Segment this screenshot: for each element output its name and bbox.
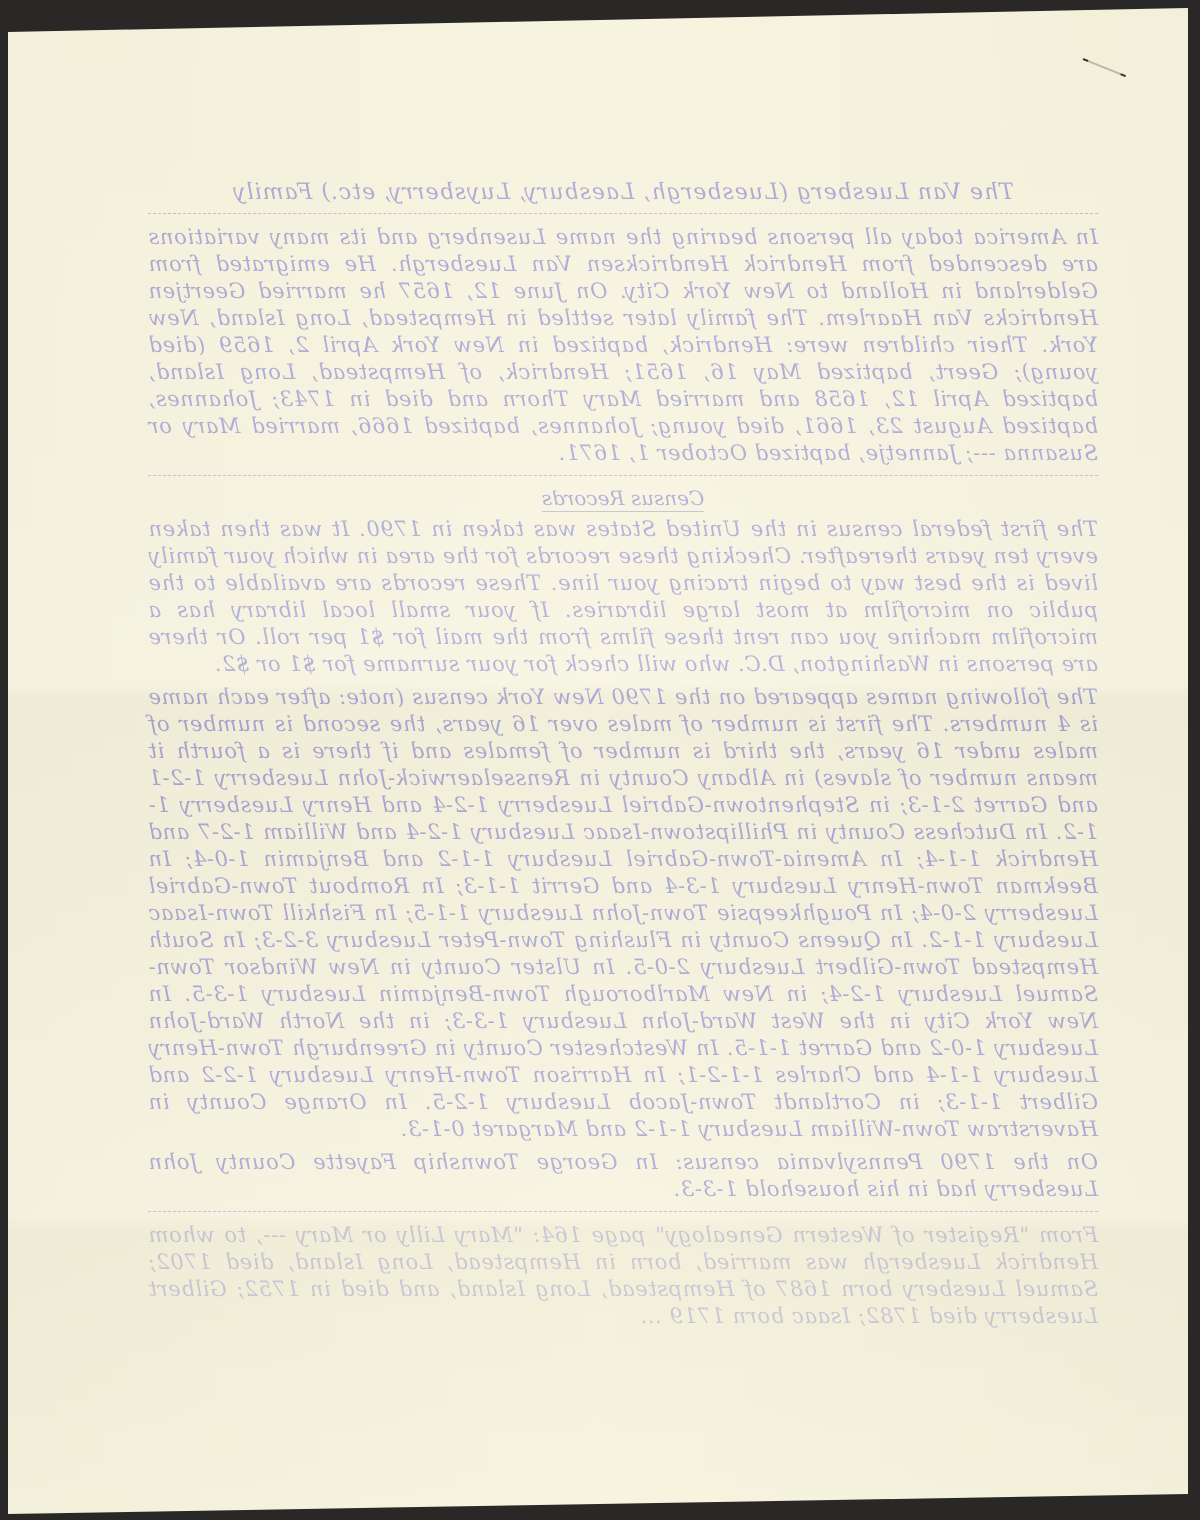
divider bbox=[148, 475, 1098, 476]
pencil-mark bbox=[1083, 58, 1126, 77]
census-paragraph-3: On the 1790 Pennsylvania census: In Geor… bbox=[148, 1149, 1098, 1203]
paper-sheet: The Van Luesberg (Luesbergh, Laesbury, L… bbox=[8, 0, 1188, 1520]
census-paragraph-1: The first federal census in the United S… bbox=[148, 516, 1098, 678]
intro-paragraph: In America today all persons bearing the… bbox=[148, 224, 1098, 467]
census-paragraph-2: The following names appeared on the 1790… bbox=[148, 684, 1098, 1143]
document-title: The Van Luesberg (Luesbergh, Laesbury, L… bbox=[148, 180, 1098, 205]
divider bbox=[148, 213, 1098, 214]
census-heading: Census Records bbox=[148, 486, 1098, 510]
census-heading-text: Census Records bbox=[542, 486, 705, 512]
bleed-through-text: The Van Luesberg (Luesbergh, Laesbury, L… bbox=[148, 180, 1098, 1336]
source-note: From "Register of Western Genealogy" pag… bbox=[148, 1222, 1098, 1330]
divider bbox=[148, 1211, 1098, 1212]
